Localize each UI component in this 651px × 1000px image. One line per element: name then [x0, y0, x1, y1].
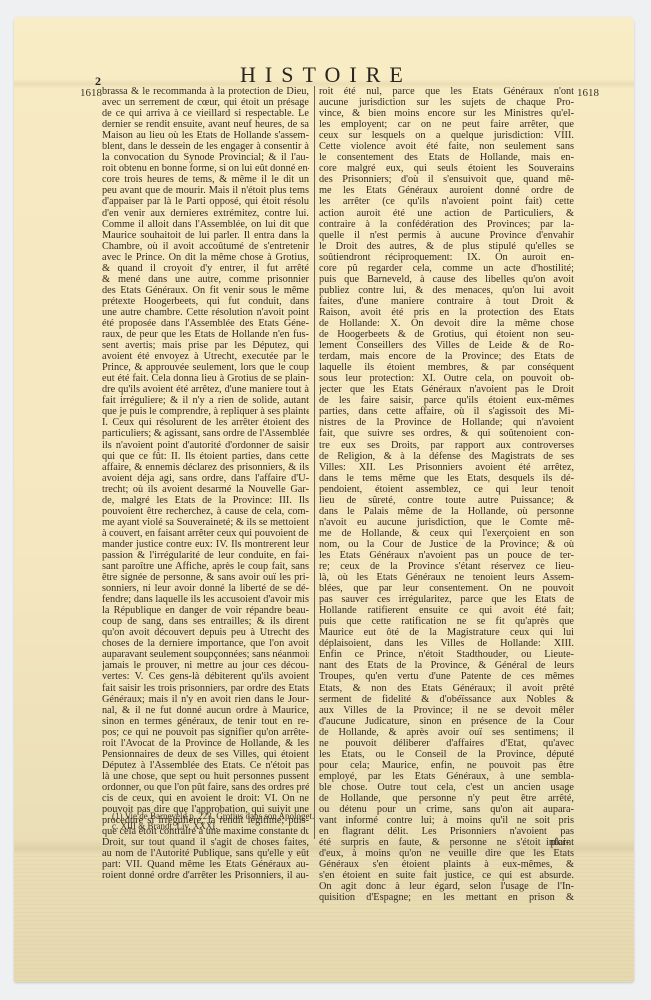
- text-line: ou détenu pour un crime, sans qu'on ait …: [319, 804, 574, 815]
- text-line: me les Etats Généraux auroient donné ord…: [319, 185, 574, 196]
- text-line: des Etats Généraux. On fit venir sous le…: [102, 285, 309, 296]
- text-line: nom, ou la Cour de Justice de la Provinc…: [319, 539, 574, 550]
- text-line: fait irréguliere; & il n'y a rien de sol…: [102, 395, 309, 406]
- text-line: avec un serrement de cœur, qui étoit un …: [102, 97, 309, 108]
- text-line: Droit, sur tout quand il s'agit de chose…: [102, 837, 309, 848]
- running-title: HISTOIRE: [240, 62, 412, 88]
- text-line: d'appaiser par là le Parti opposé, qui é…: [102, 196, 309, 207]
- text-line: de Hollande, & après avoir ouï ses senti…: [319, 727, 574, 738]
- text-line: roit obtenu en bonne forme, si on lui eû…: [102, 163, 309, 174]
- text-line: cis de ceux, qui en avoient le droit: VI…: [102, 793, 309, 804]
- text-line: parties, dans cette affaire, où il s'agi…: [319, 406, 574, 417]
- text-line: déplaisoient, dans les Villes de Holland…: [319, 638, 574, 649]
- text-line: blées, que par leur consentement. On ne …: [319, 583, 574, 594]
- text-line: fait saisir les trois prisonniers, par o…: [102, 683, 309, 694]
- text-line: s'en étoient en suite fait justice, ce q…: [319, 870, 574, 881]
- text-line: employé, par les Etats Généraux, à une s…: [319, 771, 574, 782]
- text-line: pos; ce qui ne pouvoit pas signifier qu'…: [102, 727, 309, 738]
- text-line: là une chose, que sept ou huit personnes…: [102, 771, 309, 782]
- text-line: contraire à la confédération des Provinc…: [319, 219, 574, 230]
- text-line: pas sauver ces irrégularitez, parce que …: [319, 594, 574, 605]
- text-line: ordonner, ou que l'on pût faire, sans de…: [102, 782, 309, 793]
- text-line: pour cela; Maurice, enfin, ne pouvoit pa…: [319, 760, 574, 771]
- text-line: Troupes, qu'en vertu d'une Patente de ce…: [319, 671, 574, 682]
- text-line: le consentement des Etats de Hollande, m…: [319, 152, 574, 163]
- text-line: à couvert, en faisant arrêter ceux qui p…: [102, 528, 309, 539]
- text-line: d'aucune Judicature, sinon en présence d…: [319, 716, 574, 727]
- text-line: passion & l'irrégularité de leur conduit…: [102, 550, 309, 561]
- column-divider: [314, 86, 315, 839]
- text-line: re; ceux de la Province s'étant réservez…: [319, 561, 574, 572]
- text-line: mander justice contre eux: IV. Ils montr…: [102, 539, 309, 550]
- text-line: avoient déja agi, sans ordre, dans l'aff…: [102, 473, 309, 484]
- text-line: Maurice eut ôté de la Magistrature ceux …: [319, 627, 574, 638]
- text-line: coup de sang, dans ses entrailles; & ils…: [102, 616, 309, 627]
- text-line: dans le Palais même de la Hollande, où p…: [319, 506, 574, 517]
- text-line: été surpris en faute, & personne ne s'ét…: [319, 837, 574, 848]
- text-line: sant paroître une Affiche, après le coup…: [102, 561, 309, 572]
- text-line: quisition d'Espagne; en les mettant en p…: [319, 892, 574, 903]
- text-line: faites, d'une maniere contraire à tout D…: [319, 296, 574, 307]
- text-line: pendoient, étoient assemblez, ce qui leu…: [319, 484, 574, 495]
- text-line: Prince, & approuvée seulement, lors que …: [102, 362, 309, 373]
- text-line: vant informé contre lui; à moins qu'il n…: [319, 815, 574, 826]
- text-line: Etats, & non des Etats Généraux; il avoi…: [319, 683, 574, 694]
- text-line: Villes: XII. Les Prisonniers avoient été…: [319, 462, 574, 473]
- text-line: de Hoogerbeets & de Grotius, qui étoient…: [319, 329, 574, 340]
- catchword: infor-: [546, 837, 569, 848]
- text-line: roient donné ordre d'arrêter les Prisonn…: [102, 870, 309, 881]
- text-line: d'en venir aux dernieres extrémitez, con…: [102, 208, 309, 219]
- text-line: les arrêter (ce qu'ils n'avoient point f…: [319, 196, 574, 207]
- text-line: roit l'Avocat de la Province de Hollande…: [102, 738, 309, 749]
- text-line: d'eux, à moins qu'on ne veuille dire que…: [319, 848, 574, 859]
- text-line: des Prisonniers; d'où il s'ensuivoit que…: [319, 174, 574, 185]
- text-line: que je puis le comprendre, à repliquer à…: [102, 406, 309, 417]
- text-line: core pû regarder cela, comme un acte d'h…: [319, 263, 574, 274]
- text-line: de ce qui arriva à ce vieillard si respe…: [102, 108, 309, 119]
- text-line: Raison, avoit été pris en la protection …: [319, 307, 574, 318]
- text-line: avoient été envoyez à Utrecht, executée …: [102, 351, 309, 362]
- text-line: quelle il n'est permis à aucune Province…: [319, 230, 574, 241]
- text-line: brassa & le recommanda à la protection d…: [102, 86, 309, 97]
- text-line: qu'on avoit découvert depuis peu à Utrec…: [102, 627, 309, 638]
- text-line: Généraux; mais il n'y en avoit rien dans…: [102, 694, 309, 705]
- text-line: I. Ceux qui résolurent de les arrêter ét…: [102, 417, 309, 428]
- text-line: une autre chambre. Cette résolution n'av…: [102, 307, 309, 318]
- text-line: part: VII. Quand même les Etats Généraux…: [102, 859, 309, 870]
- text-line: de les faire saisir, parce qu'ils étoien…: [319, 395, 574, 406]
- text-line: n'avoit eu aucune jurisdiction, que le C…: [319, 517, 574, 528]
- text-line: le Droit des autres, & de plus stipulé q…: [319, 241, 574, 252]
- text-line: core trois heures de tems, & même il le …: [102, 174, 309, 185]
- text-line: sent avertis; mais prise par les Députez…: [102, 340, 309, 351]
- text-line: aux Villes de la Province; il ne se devo…: [319, 705, 574, 716]
- text-line: vince, & bien moins encore sur les Minis…: [319, 108, 574, 119]
- text-line: puis que Barneveld, à cause des libelles…: [319, 274, 574, 285]
- text-line: Cette violence avoit été faite, non seul…: [319, 141, 574, 152]
- margin-year-right: 1618: [577, 87, 599, 99]
- text-line: laquelle ils étoient membres, & par cons…: [319, 362, 574, 373]
- text-line: sonniers, ni leur avoir donné la liberté…: [102, 583, 309, 594]
- text-line: publiez contre lui, & des menaces, qu'on…: [319, 285, 574, 296]
- text-line: raux, de peur que les Etats de Hollande …: [102, 329, 309, 340]
- left-text-column: brassa & le recommanda à la protection d…: [102, 86, 309, 881]
- text-line: nant des Etats de la Province, & Général…: [319, 660, 574, 671]
- text-line: serment de fidelité & d'obéïssance aux N…: [319, 694, 574, 705]
- text-line: ble chose. Outre tout cela, c'est un anc…: [319, 782, 574, 793]
- text-line: Députez à l'Assemblée des Etats. Ce n'ét…: [102, 760, 309, 771]
- text-line: Maison au lieu où les Etats de Hollande …: [102, 130, 309, 141]
- text-line: fendre; dans laquelle ils les accusoient…: [102, 594, 309, 605]
- text-line: aucune jurisdiction sur les sujets de ch…: [319, 97, 574, 108]
- text-line: core malgré eux, qui seuls étoient les S…: [319, 163, 574, 174]
- text-line: lieu de sûreté, contre toute autre Puiss…: [319, 495, 574, 506]
- text-line: soûtiendront réciproquement: IX. On auro…: [319, 252, 574, 263]
- text-line: fait, que suivre ses ordres, & qui soûte…: [319, 428, 574, 439]
- text-line: trecht; où ils avoient desarmé la Nouvel…: [102, 484, 309, 495]
- text-line: (1) Vie de Barneveld p. 223. Grotius dan…: [112, 811, 312, 821]
- text-line: la République en danger de voir répandre…: [102, 605, 309, 616]
- text-line: sous leur protection: XI. Outre cela, on…: [319, 373, 574, 384]
- text-line: action auroit été une action de Particul…: [319, 208, 574, 219]
- text-line: été proposée dans l'Assemblée des Etats …: [102, 318, 309, 329]
- text-line: terdam, mais encore de la Province; des …: [319, 351, 574, 362]
- text-line: Hollande ratifierent ensuite ce qui avoi…: [319, 605, 574, 616]
- text-line: être signée de personne, & sans avoir ou…: [102, 572, 309, 583]
- right-text-column: roit été nul, parce que les Etats Généra…: [319, 86, 574, 903]
- margin-year-left: 1618: [80, 87, 102, 99]
- text-line: de Religion, & à la défense des Magistra…: [319, 451, 574, 462]
- text-line: puis que cette ratification ne se fit qu…: [319, 616, 574, 627]
- text-line: me ayant violé sa Souveraineté; & ils se…: [102, 517, 309, 528]
- text-line: particuliers; & agissant, sans ordre de …: [102, 428, 309, 439]
- text-line: jecter que les Etats Généraux n'avoient …: [319, 384, 574, 395]
- text-line: choses de la derniere importance, que l'…: [102, 638, 309, 649]
- text-line: On agit donc à leur égard, selon l'usage…: [319, 881, 574, 892]
- text-line: dernier se rendit ensuite, avant neuf he…: [102, 119, 309, 130]
- text-line: qui que ce fût: II. Ils étoient parties,…: [102, 451, 309, 462]
- text-line: blent, dans le dessein de les engager à …: [102, 141, 309, 152]
- text-line: Généraux s'en étoient plaints à eux-même…: [319, 859, 574, 870]
- text-line: nistres de la Province de Hollande; qui …: [319, 417, 574, 428]
- text-line: de Hollande: X. On devoit dire la même c…: [319, 318, 574, 329]
- text-line: affaire, & ennemis déclarez des prisonni…: [102, 462, 309, 473]
- text-line: là, où les Etats Généraux ne tenoient le…: [319, 572, 574, 583]
- text-line: lement Conseillers des Villes de Leide &…: [319, 340, 574, 351]
- text-line: vertes: V. Ces gens-là débiterent qu'ils…: [102, 671, 309, 682]
- text-line: eut été fait. Cela donna lieu à Grotius …: [102, 373, 309, 384]
- text-line: pouvoient être recherchez, à cause de ce…: [102, 506, 309, 517]
- text-line: auparavant seulement soupçonnées; sans n…: [102, 649, 309, 660]
- text-line: ceux sur lesquels on a quelque jurisdict…: [319, 130, 574, 141]
- text-line: avec le Prince. On dit la même chose à G…: [102, 252, 309, 263]
- text-line: de Hollande, que personne n'y peut être …: [319, 793, 574, 804]
- text-line: dans le tems même que les Etats, desquel…: [319, 473, 574, 484]
- text-line: Pensionnaires de deux de ses Villes, qui…: [102, 749, 309, 760]
- text-line: les employent; car on ne peut faire arrê…: [319, 119, 574, 130]
- text-line: en flagrant délit. Les Prisonniers n'avo…: [319, 826, 574, 837]
- text-line: Enfin ce Prince, n'étoit Stadthouder, ou…: [319, 649, 574, 660]
- text-line: c. XIII & Brandt. Liv. XXXI.: [112, 821, 312, 831]
- text-line: roit été nul, parce que les Etats Généra…: [319, 86, 574, 97]
- text-line: la convocation du Synode Provincial; & i…: [102, 152, 309, 163]
- text-line: jamais le prouver, ni mettre au jour ces…: [102, 660, 309, 671]
- text-line: me de Hollande, & ceux qui l'exerçoient …: [319, 528, 574, 539]
- footnote: (1) Vie de Barneveld p. 223. Grotius dan…: [112, 811, 312, 831]
- text-line: prétexte Hoogerbeets, qui fut conduit, d…: [102, 296, 309, 307]
- text-line: & quand il croyoit d'y entrer, il fut ar…: [102, 263, 309, 274]
- text-line: peu avant que de mourir. Mais il n'étoit…: [102, 185, 309, 196]
- text-line: de, malgré les Etats de la Province: III…: [102, 495, 309, 506]
- text-line: dre qu'ils avoient été arrêtez, d'une ma…: [102, 384, 309, 395]
- text-line: & mené dans une autre, comme prisonnier: [102, 274, 309, 285]
- text-line: les Etats Généraux n'avoient pas un pouc…: [319, 550, 574, 561]
- text-line: Chambre, où il avoit accoûtumé de s'entr…: [102, 241, 309, 252]
- text-line: ils n'avoient point d'autorité d'ordonne…: [102, 440, 309, 451]
- text-line: les Etats, ou le Conseil de la Province,…: [319, 749, 574, 760]
- text-line: sinon en termes généraux, de tenir tout …: [102, 716, 309, 727]
- text-line: ne pouvoit déliberer d'affaires d'Etat, …: [319, 738, 574, 749]
- running-head: 2 HISTOIRE: [95, 62, 575, 86]
- text-line: tre eux ses Droits, par rapport aux cont…: [319, 440, 574, 451]
- text-line: Maurice souhaitoit de lui parler. Il ent…: [102, 230, 309, 241]
- text-line: Comme il alloit dans l'Assemblée, on lui…: [102, 219, 309, 230]
- text-line: au nom de l'Autorité Publique, sans qu'e…: [102, 848, 309, 859]
- text-line: nal, & il ne fut donné aucun ordre à Mau…: [102, 705, 309, 716]
